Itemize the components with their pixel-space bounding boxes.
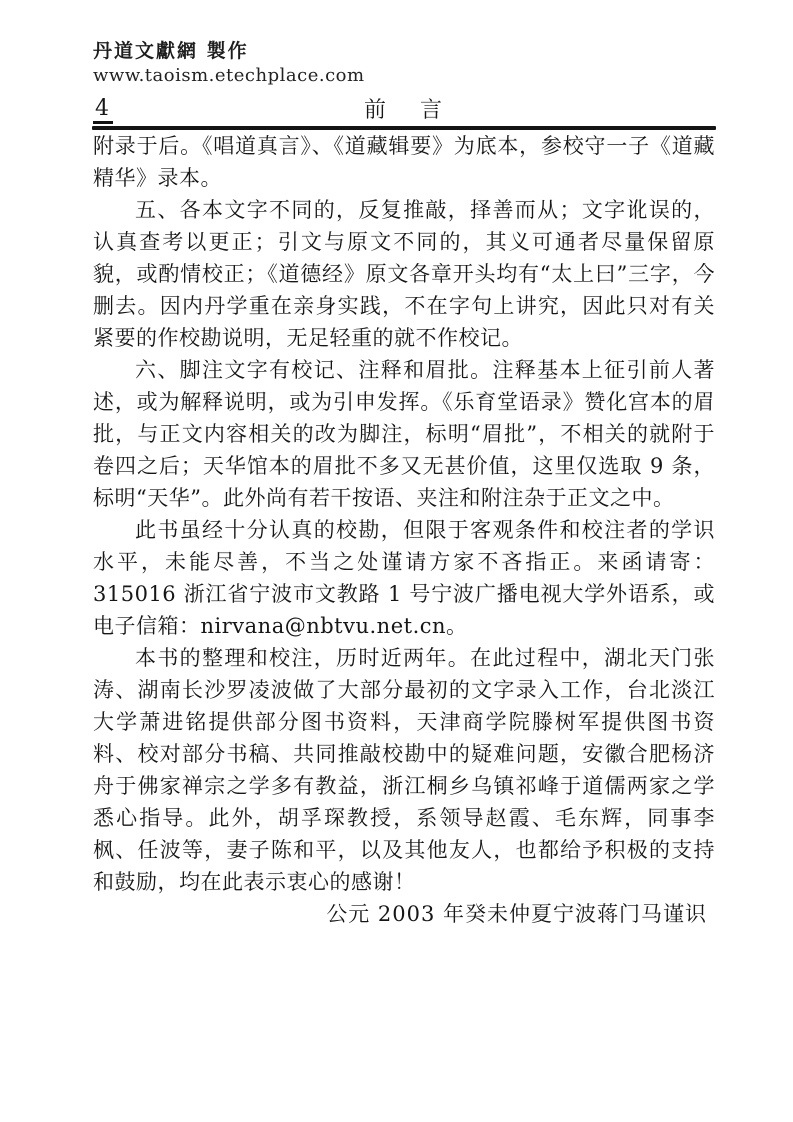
running-header: 4 前 言 (93, 96, 715, 124)
watermark-site-name: 丹道文獻網 製作 (93, 36, 365, 63)
scanned-book-page: 丹道文獻網 製作 www.taoism.etechplace.com 4 前 言… (0, 0, 793, 1122)
paragraph-contact: 此书虽经十分认真的校勘，但限于客观条件和校注者的学识水平，未能尽善，不当之处谨请… (93, 514, 715, 642)
paragraph-continuation: 附录于后。《唱道真言》、《道藏辑要》为底本，参校守一子《道藏精华》录本。 (93, 130, 715, 194)
paragraph-item-five: 五、各本文字不同的，反复推敲，择善而从；文字讹误的，认真查考以更正；引文与原文不… (93, 194, 715, 354)
preface-body: 附录于后。《唱道真言》、《道藏辑要》为底本，参校守一子《道藏精华》录本。 五、各… (93, 130, 715, 930)
page-number: 4 (93, 98, 113, 124)
author-signature: 公元 2003 年癸未仲夏宁波蒋门马谨识 (93, 898, 715, 930)
paragraph-item-six: 六、脚注文字有校记、注释和眉批。注释基本上征引前人著述，或为解释说明，或为引申发… (93, 354, 715, 514)
watermark-site-url: www.taoism.etechplace.com (93, 65, 365, 86)
chapter-title: 前 言 (113, 100, 699, 124)
watermark-block: 丹道文獻網 製作 www.taoism.etechplace.com (93, 36, 365, 86)
paragraph-acknowledgements: 本书的整理和校注，历时近两年。在此过程中，湖北天门张涛、湖南长沙罗凌波做了大部分… (93, 642, 715, 898)
